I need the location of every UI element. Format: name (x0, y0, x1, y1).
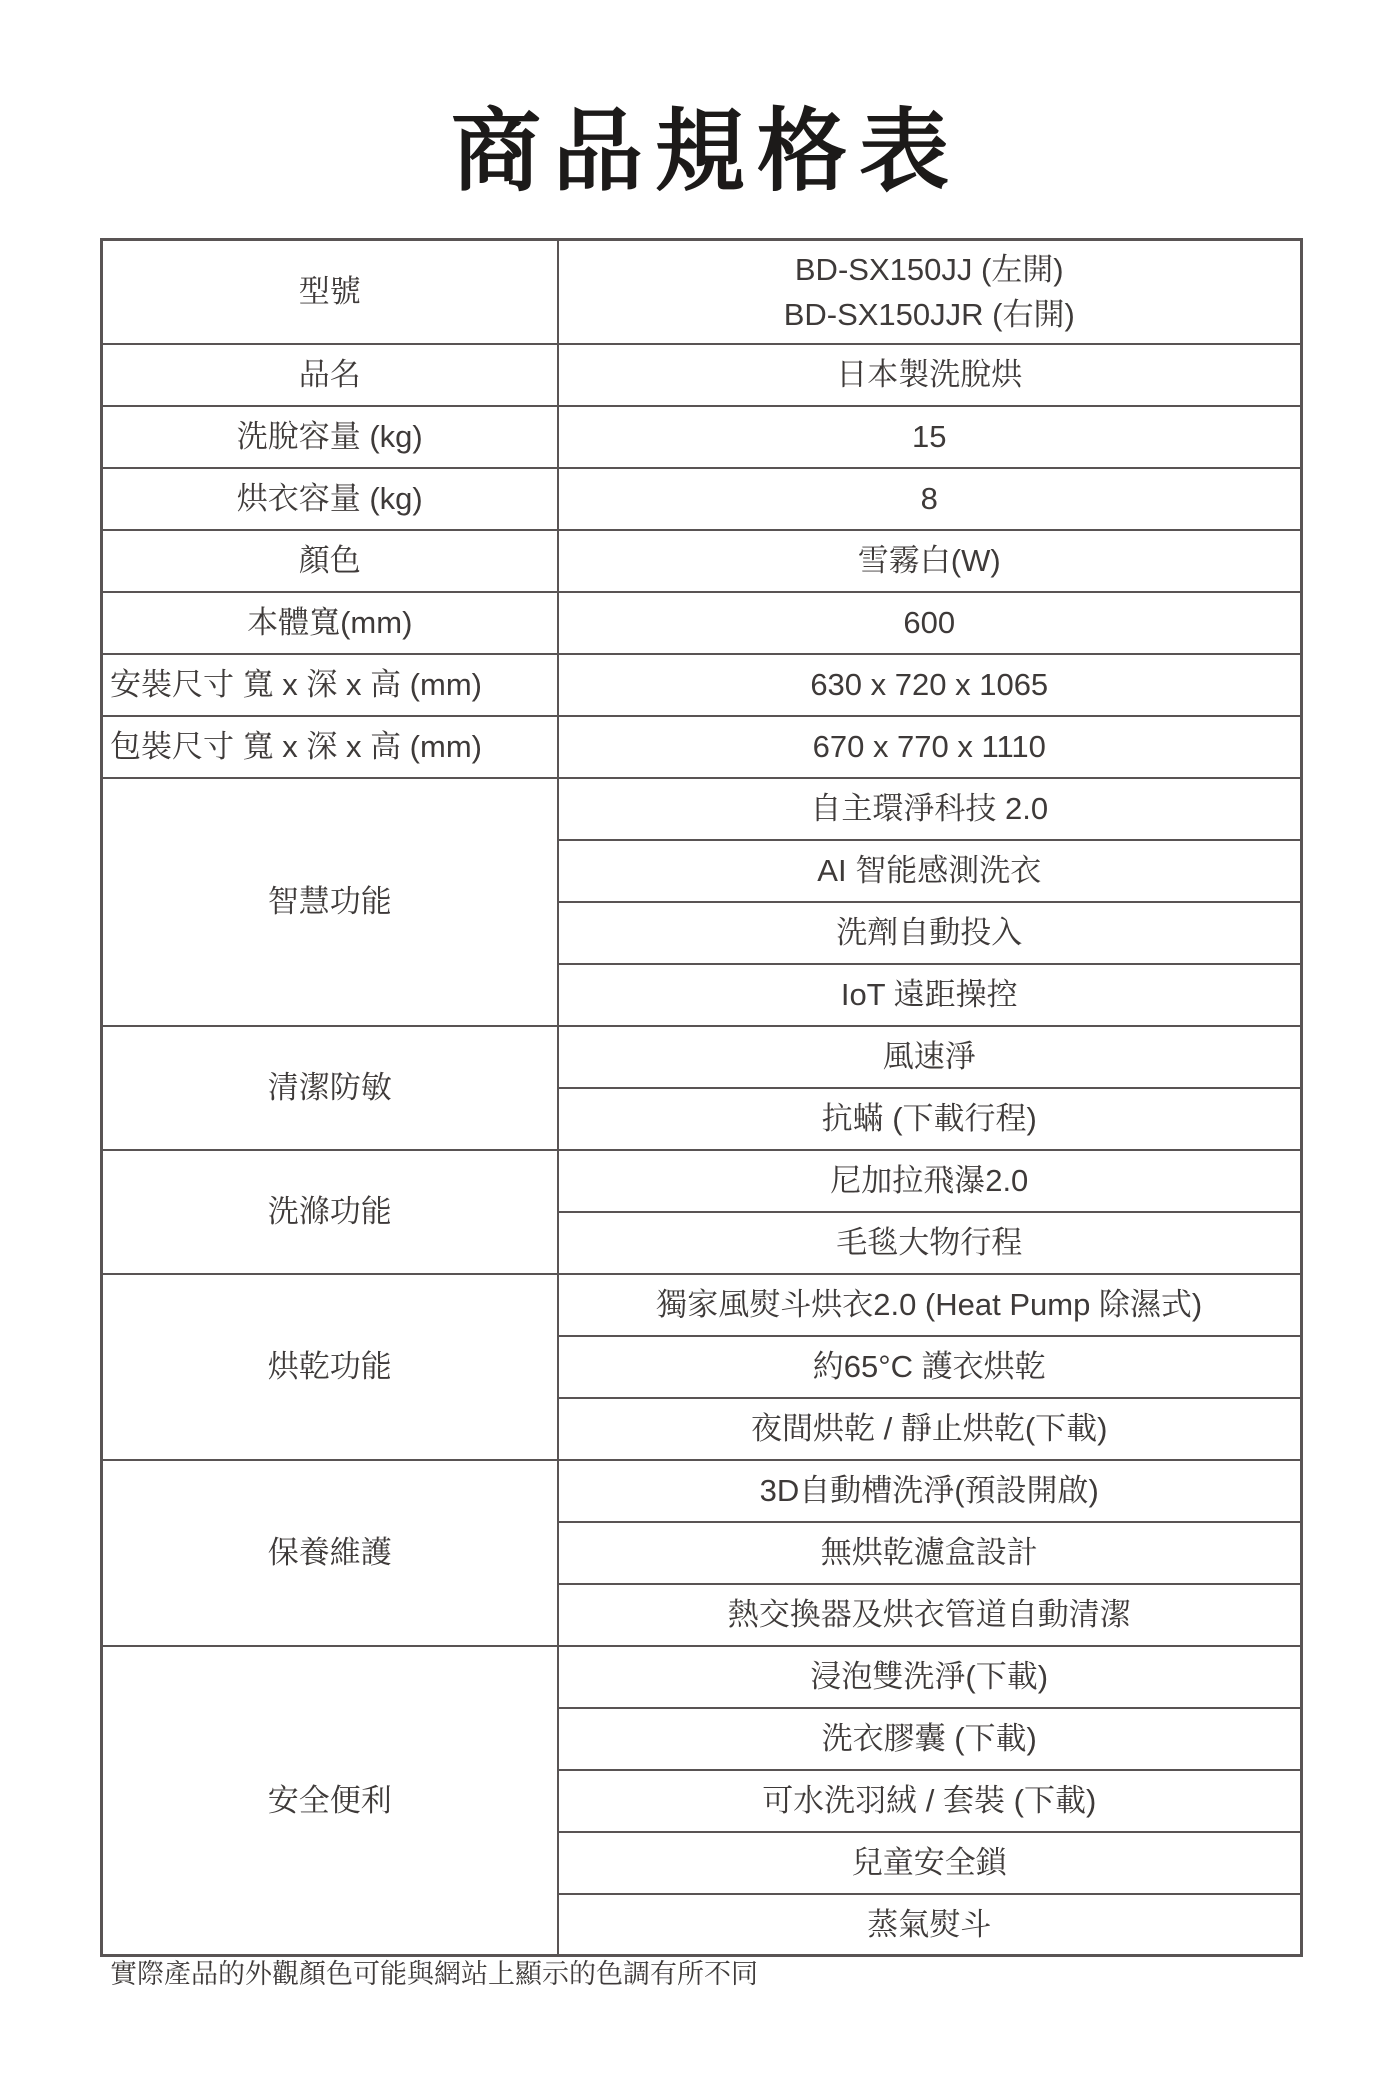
spec-row: 保養維護3D自動槽洗淨(預設開啟) (102, 1460, 1302, 1522)
spec-value: 自主環淨科技 2.0 (558, 778, 1302, 840)
spec-value: 可水洗羽絨 / 套裝 (下載) (558, 1770, 1302, 1832)
spec-value: 蒸氣熨斗 (558, 1894, 1302, 1956)
spec-row: 烘乾功能獨家風熨斗烘衣2.0 (Heat Pump 除濕式) (102, 1274, 1302, 1336)
spec-value: 8 (558, 468, 1302, 530)
spec-row: 洗脫容量 (kg)15 (102, 406, 1302, 468)
spec-value: 630 x 720 x 1065 (558, 654, 1302, 716)
spec-row: 洗滌功能尼加拉飛瀑2.0 (102, 1150, 1302, 1212)
spec-value: 670 x 770 x 1110 (558, 716, 1302, 778)
spec-label: 烘衣容量 (kg) (102, 468, 558, 530)
spec-value: 15 (558, 406, 1302, 468)
spec-value: 無烘乾濾盒設計 (558, 1522, 1302, 1584)
spec-value: 兒童安全鎖 (558, 1832, 1302, 1894)
spec-value: 尼加拉飛瀑2.0 (558, 1150, 1302, 1212)
spec-row: 本體寬(mm)600 (102, 592, 1302, 654)
spec-row: 安全便利浸泡雙洗淨(下載) (102, 1646, 1302, 1708)
spec-label: 顏色 (102, 530, 558, 592)
color-disclaimer-footnote: 實際產品的外觀顏色可能與網站上顯示的色調有所不同 (110, 1956, 758, 1992)
spec-row: 清潔防敏風速淨 (102, 1026, 1302, 1088)
spec-row: 顏色雪霧白(W) (102, 530, 1302, 592)
spec-label: 包裝尺寸 寬 x 深 x 高 (mm) (102, 716, 558, 778)
spec-value: 毛毯大物行程 (558, 1212, 1302, 1274)
spec-row: 型號BD-SX150JJ (左開)BD-SX150JJR (右開) (102, 240, 1302, 344)
spec-label: 品名 (102, 344, 558, 406)
spec-row: 包裝尺寸 寬 x 深 x 高 (mm)670 x 770 x 1110 (102, 716, 1302, 778)
spec-value: 日本製洗脫烘 (558, 344, 1302, 406)
spec-row: 品名日本製洗脫烘 (102, 344, 1302, 406)
spec-value: 夜間烘乾 / 靜止烘乾(下載) (558, 1398, 1302, 1460)
spec-value: 洗劑自動投入 (558, 902, 1302, 964)
spec-label: 安裝尺寸 寬 x 深 x 高 (mm) (102, 654, 558, 716)
spec-row: 安裝尺寸 寬 x 深 x 高 (mm)630 x 720 x 1065 (102, 654, 1302, 716)
spec-row: 智慧功能自主環淨科技 2.0 (102, 778, 1302, 840)
spec-label: 清潔防敏 (102, 1026, 558, 1150)
spec-value: 洗衣膠囊 (下載) (558, 1708, 1302, 1770)
spec-value: AI 智能感測洗衣 (558, 840, 1302, 902)
spec-value: 3D自動槽洗淨(預設開啟) (558, 1460, 1302, 1522)
spec-value: 獨家風熨斗烘衣2.0 (Heat Pump 除濕式) (558, 1274, 1302, 1336)
spec-label: 保養維護 (102, 1460, 558, 1646)
spec-label: 烘乾功能 (102, 1274, 558, 1460)
spec-row: 烘衣容量 (kg)8 (102, 468, 1302, 530)
spec-value: BD-SX150JJ (左開)BD-SX150JJR (右開) (558, 240, 1302, 344)
spec-value: 風速淨 (558, 1026, 1302, 1088)
spec-label: 洗滌功能 (102, 1150, 558, 1274)
spec-label: 洗脫容量 (kg) (102, 406, 558, 468)
spec-label: 型號 (102, 240, 558, 344)
spec-value: 熱交換器及烘衣管道自動清潔 (558, 1584, 1302, 1646)
spec-label: 智慧功能 (102, 778, 558, 1026)
spec-value: 浸泡雙洗淨(下載) (558, 1646, 1302, 1708)
page-title: 商品規格表 (0, 96, 1400, 208)
spec-value: 雪霧白(W) (558, 530, 1302, 592)
spec-value: 抗蟎 (下載行程) (558, 1088, 1302, 1150)
spec-value: 600 (558, 592, 1302, 654)
product-spec-table: 型號BD-SX150JJ (左開)BD-SX150JJR (右開)品名日本製洗脫… (100, 238, 1303, 1957)
spec-value: IoT 遠距操控 (558, 964, 1302, 1026)
spec-label: 本體寬(mm) (102, 592, 558, 654)
spec-value: 約65°C 護衣烘乾 (558, 1336, 1302, 1398)
spec-label: 安全便利 (102, 1646, 558, 1956)
